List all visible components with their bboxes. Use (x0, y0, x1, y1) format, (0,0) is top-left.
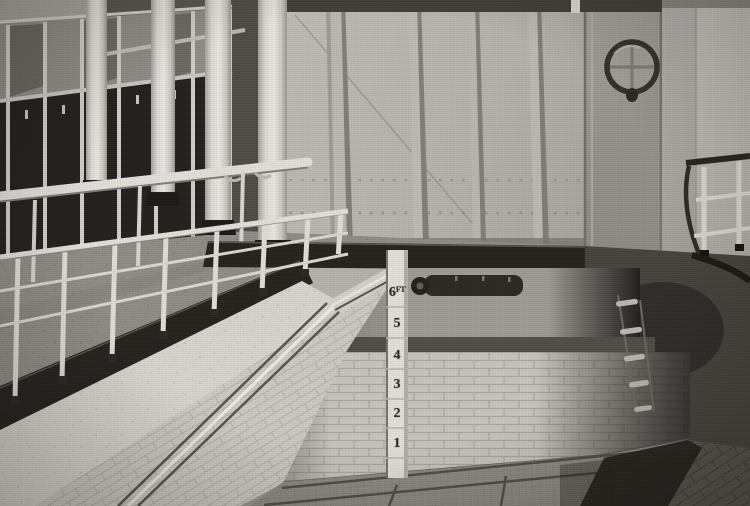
porthole-latch (626, 88, 638, 102)
recessed-panel (585, 0, 662, 265)
depth-marking-4ft: 4 (385, 349, 409, 363)
depth-marking-3ft: 3 (385, 378, 409, 392)
depth-marking-1ft: 1 (385, 437, 409, 451)
photo-painting (0, 0, 750, 506)
depth-marking-2ft: 2 (385, 407, 409, 421)
depth-marking-5ft: 5 (385, 317, 409, 331)
depth-marking-6ft: 6FT (385, 286, 409, 300)
pool-bench (411, 275, 523, 296)
photograph-ship-swimming-pool: 6FT 5 4 3 2 1 (0, 0, 750, 506)
